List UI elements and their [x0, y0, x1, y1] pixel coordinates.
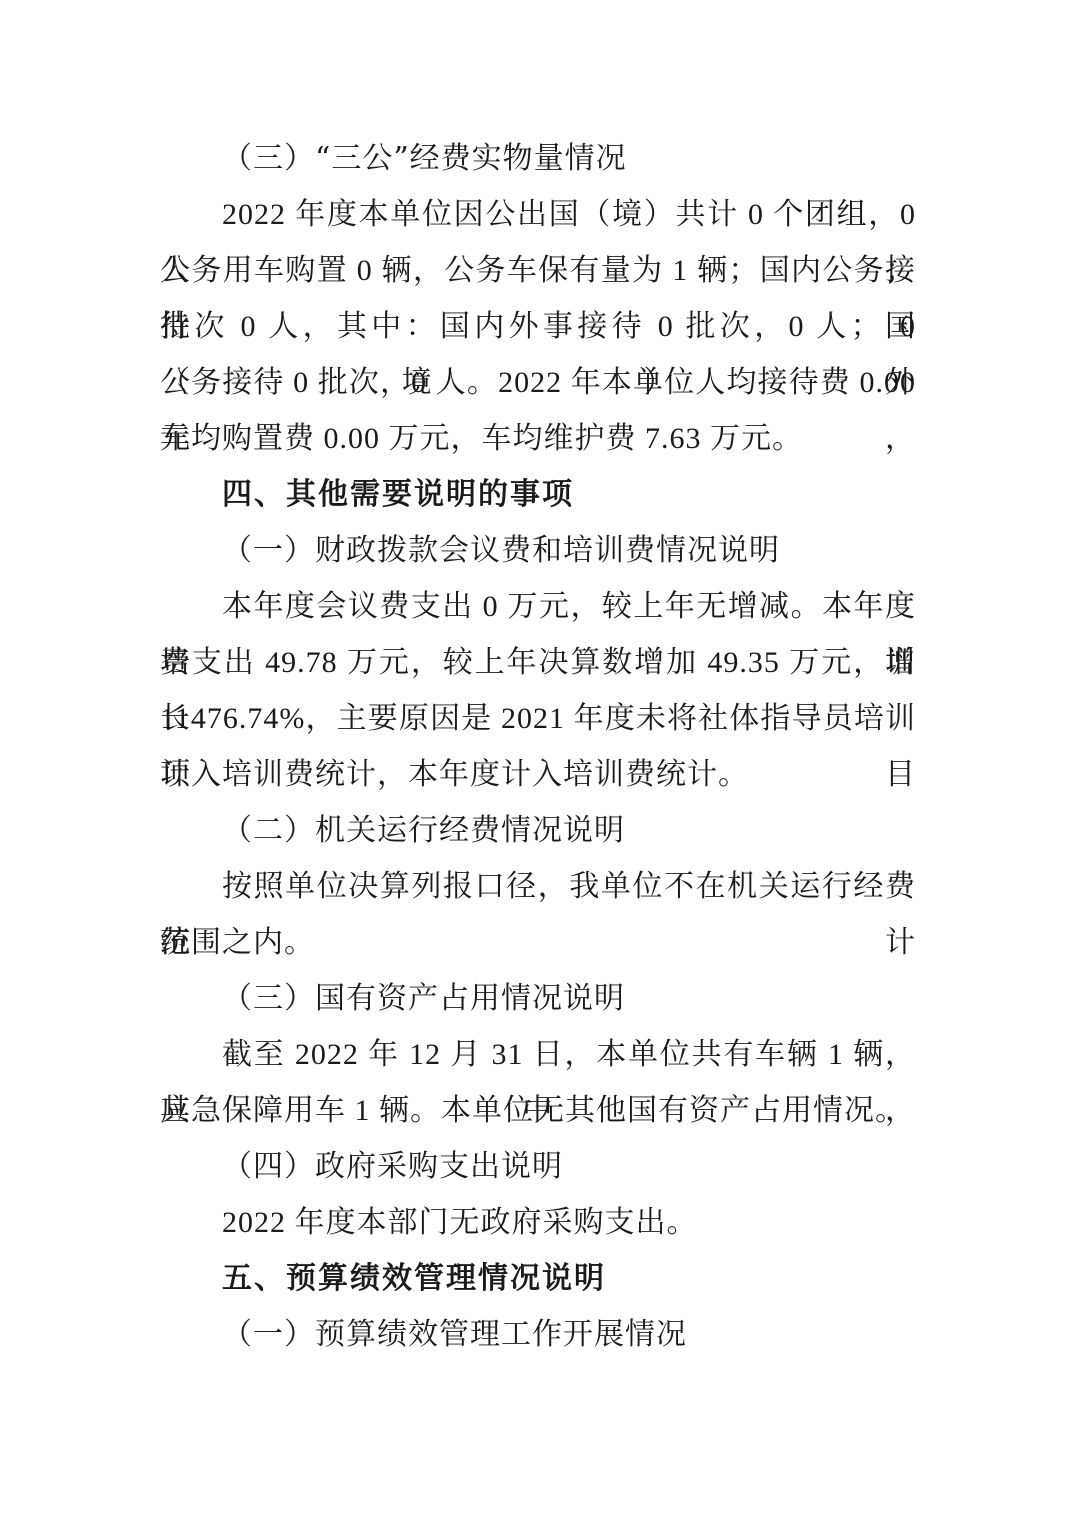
text-line: 公务用车购置 0 辆，公务车保有量为 1 辆；国内公务接待 0 — [160, 243, 916, 299]
heading-line: （一）财政拨款会议费和培训费情况说明 — [160, 523, 916, 579]
heading-line: 四、其他需要说明的事项 — [160, 467, 916, 523]
heading-line: （三）国有资产占用情况说明 — [160, 971, 916, 1027]
text-line: 车均购置费 0.00 万元，车均维护费 7.63 万元。 — [160, 411, 916, 467]
heading-line: （三）“三公”经费实物量情况 — [160, 131, 916, 187]
text-line: 公务接待 0 批次，0 人。2022 年本单位人均接待费 0.00 元， — [160, 355, 916, 411]
text-line: 批次 0 人，其中：国内外事接待 0 批次，0 人；国（境）外 — [160, 299, 916, 355]
text-line: 费支出 49.78 万元，较上年决算数增加 49.35 万元，增长 — [160, 635, 916, 691]
text-line: 2022 年度本部门无政府采购支出。 — [160, 1195, 916, 1251]
text-line: 本年度会议费支出 0 万元，较上年无增减。本年度培训 — [160, 579, 916, 635]
text-line: 按照单位决算列报口径，我单位不在机关运行经费统计 — [160, 859, 916, 915]
document-body: （三）“三公”经费实物量情况2022 年度本单位因公出国（境）共计 0 个团组，… — [160, 131, 916, 1363]
text-line: 11476.74%，主要原因是 2021 年度未将社体指导员培训项目 — [160, 691, 916, 747]
text-line: 2022 年度本单位因公出国（境）共计 0 个团组，0 人； — [160, 187, 916, 243]
document-page: （三）“三公”经费实物量情况2022 年度本单位因公出国（境）共计 0 个团组，… — [0, 0, 1074, 1520]
heading-line: （四）政府采购支出说明 — [160, 1139, 916, 1195]
text-line: 应急保障用车 1 辆。本单位无其他国有资产占用情况。 — [160, 1083, 916, 1139]
text-line: 截至 2022 年 12 月 31 日，本单位共有车辆 1 辆，其中， — [160, 1027, 916, 1083]
heading-line: （二）机关运行经费情况说明 — [160, 803, 916, 859]
heading-line: 五、预算绩效管理情况说明 — [160, 1251, 916, 1307]
heading-line: （一）预算绩效管理工作开展情况 — [160, 1307, 916, 1363]
